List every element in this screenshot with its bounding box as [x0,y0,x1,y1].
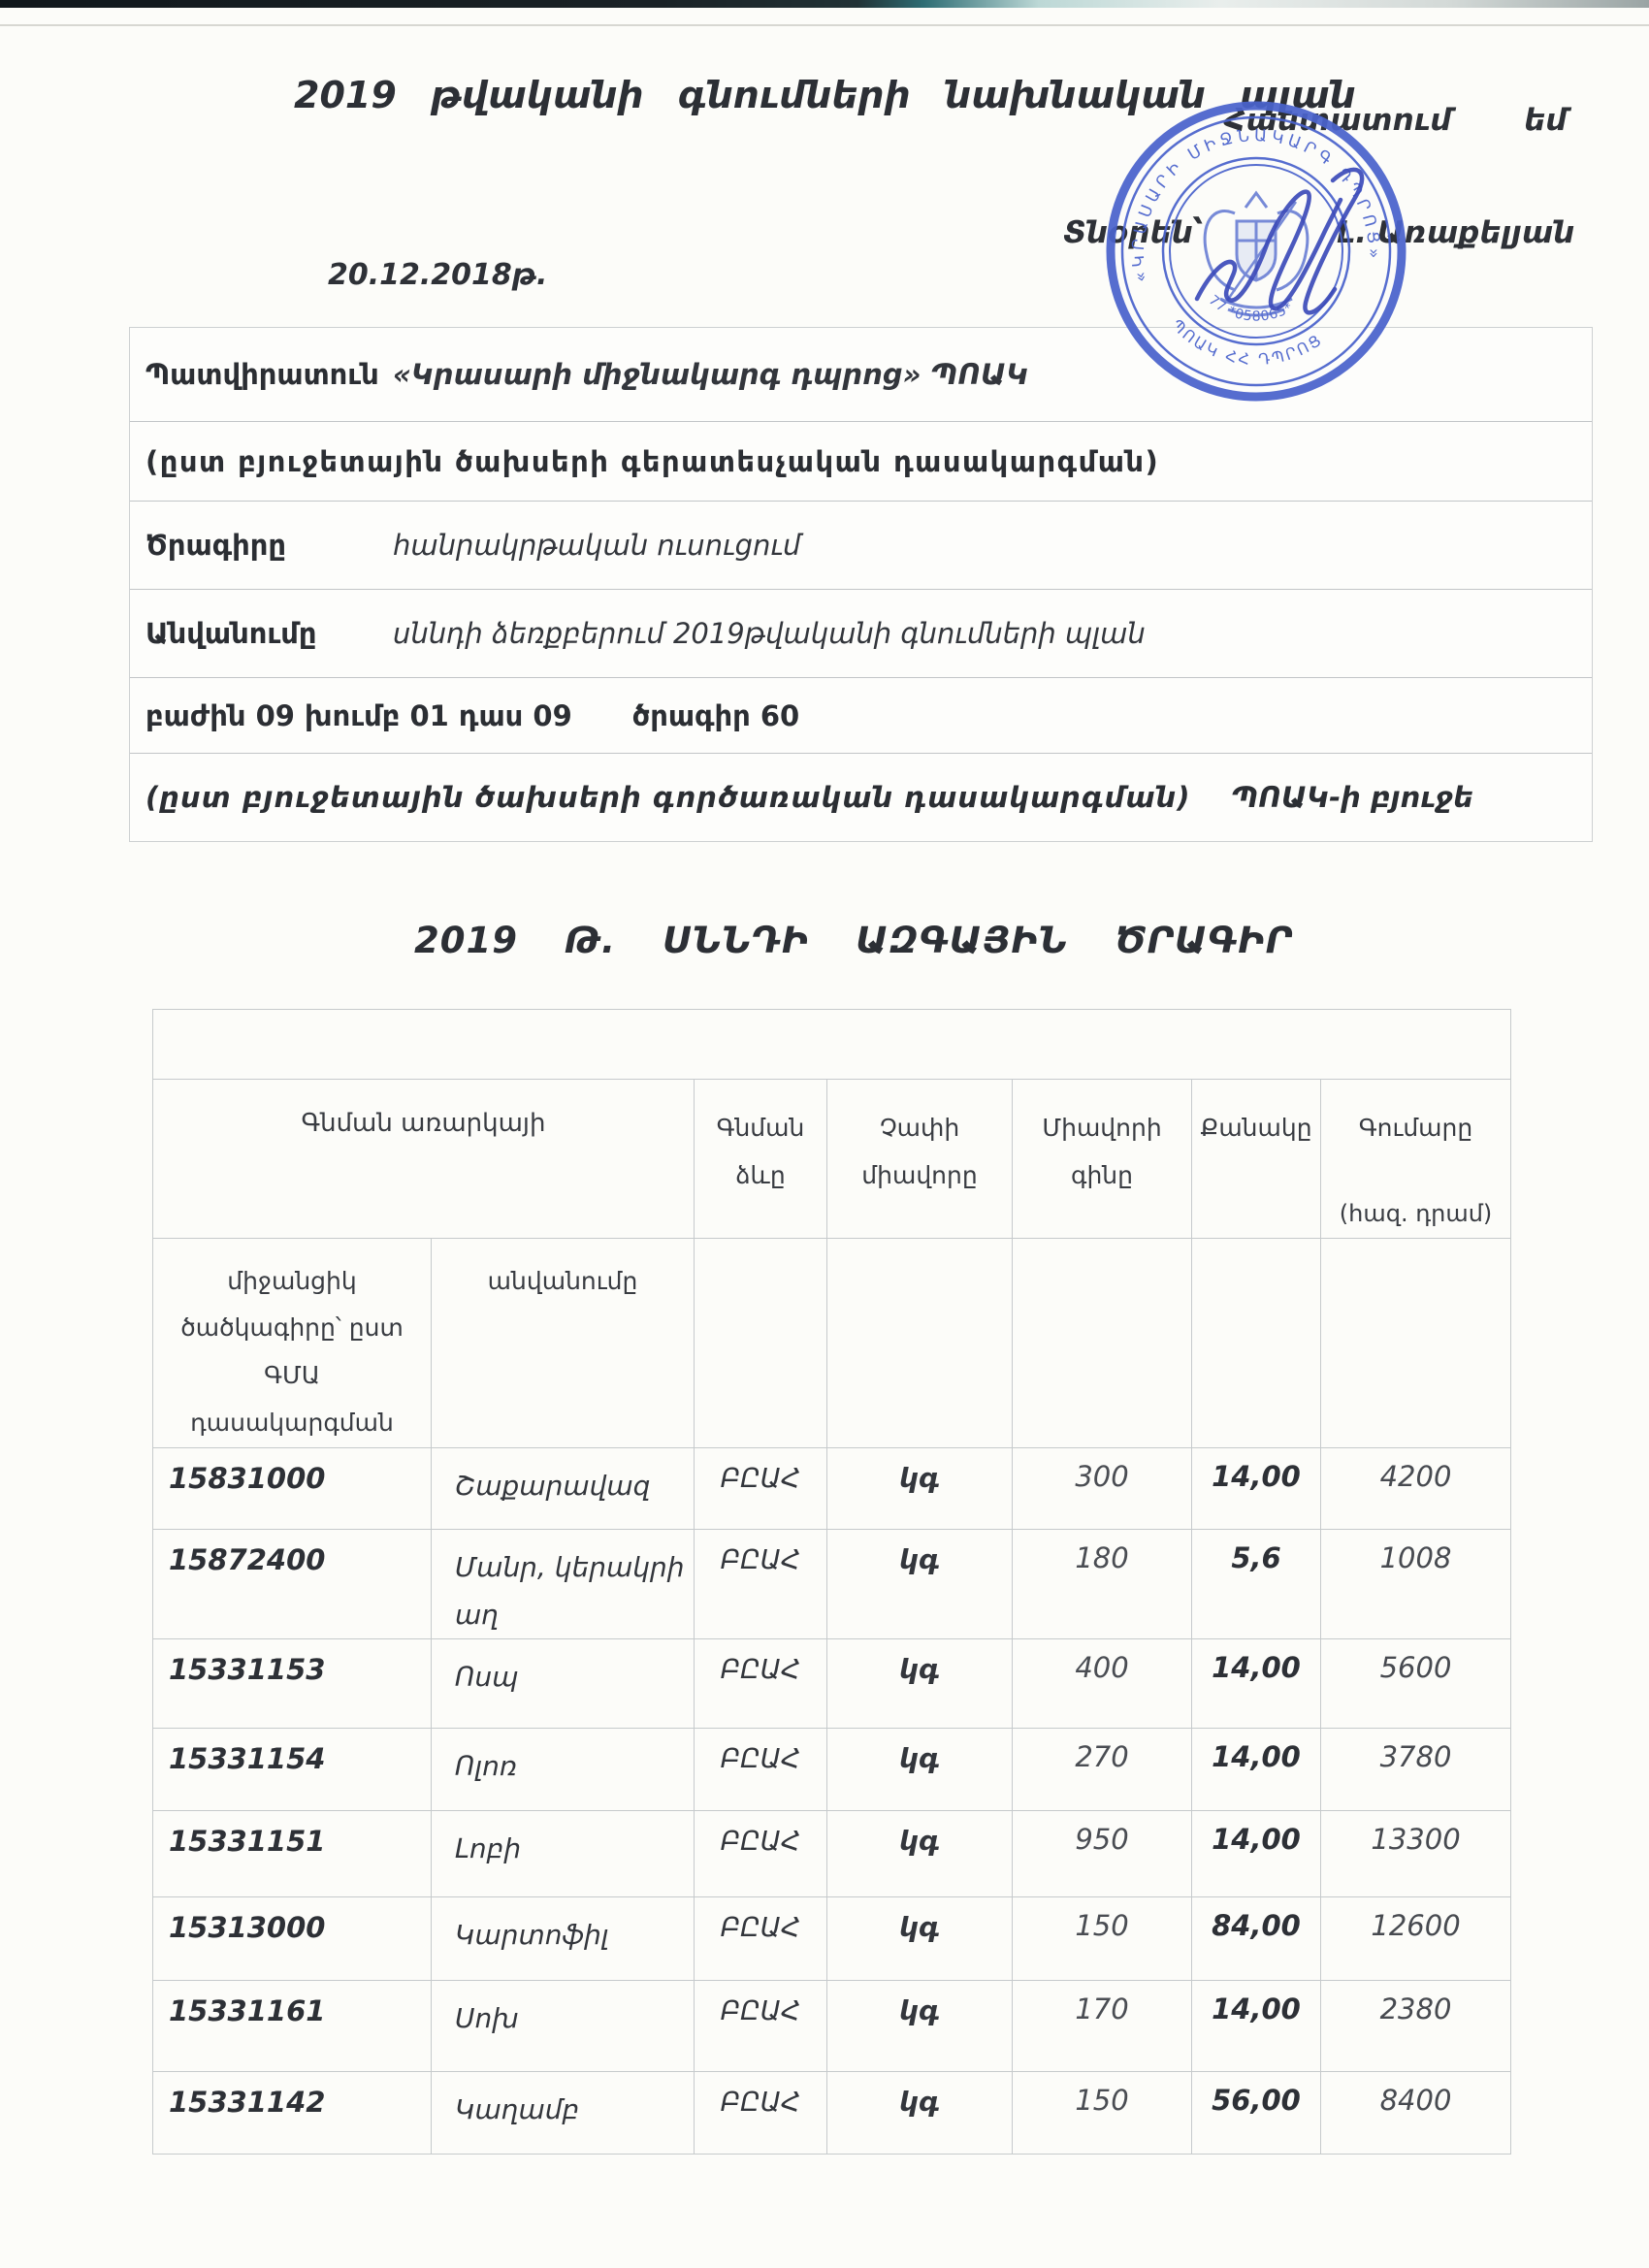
header-qty: Քանակը [1192,1080,1321,1239]
cell-code: 15331154 [153,1728,432,1810]
cell-method: ԲԸԱՀ [695,1638,827,1728]
table-row: 15872400 Մանր, կերակրի աղ ԲԸԱՀ կգ 180 5,… [153,1529,1511,1638]
header-amount-sub: (հազ. դրամ) [1322,1191,1509,1237]
cell-name: Կաղամբ [432,2071,695,2154]
table-header-row: Գնման առարկայի Գնման ձևը Չափի միավորը Մի… [153,1080,1511,1239]
blank-cell [153,1010,1511,1080]
table-subheader-row: միջանցիկ ծածկագիրը՝ ըստ ԳՄԱ դասակարգման … [153,1238,1511,1447]
cell-code: 15872400 [153,1529,432,1638]
subheader-name: անվանումը [432,1238,695,1447]
cell-price: 950 [1013,1810,1192,1896]
cell-unit: կգ [827,1447,1013,1529]
budget-codes-program: ծրագիր 60 [632,699,800,732]
document-page: 2019 թվականի գնումների նախնական պլան Հաս… [0,0,1649,2268]
header-price: Միավորի գինը [1013,1080,1192,1239]
cell-method: ԲԸԱՀ [695,2071,827,2154]
cell-code: 15331151 [153,1810,432,1896]
customer-value: «Կրասարի միջնակարգ դպրոց» ՊՈԱԿ [393,358,1028,391]
cell-qty: 14,00 [1192,1638,1321,1728]
cell-name: Մանր, կերակրի աղ [432,1529,695,1638]
cell-amount: 12600 [1321,1896,1511,1980]
customer-label: Պատվիրատուն [145,358,393,391]
header-method: Գնման ձևը [695,1080,827,1239]
program-value: հանրակրթական ուսուցում [393,529,800,562]
subheader-code: միջանցիկ ծածկագիրը՝ ըստ ԳՄԱ դասակարգման [153,1238,432,1447]
table-row: 15831000 Շաքարավազ ԲԸԱՀ կգ 300 14,00 420… [153,1447,1511,1529]
cell-qty: 5,6 [1192,1529,1321,1638]
cell-unit: կգ [827,1810,1013,1896]
director-signature-icon [1197,170,1362,312]
cell-amount: 5600 [1321,1638,1511,1728]
table-row: 15313000 Կարտոֆիլ ԲԸԱՀ կգ 150 84,00 1260… [153,1896,1511,1980]
cell-price: 300 [1013,1447,1192,1529]
header-amount-label: Գումարը [1359,1114,1472,1142]
info-row-program: Ծրագիրը հանրակրթական ուսուցում [130,502,1592,590]
cell-unit: կգ [827,1638,1013,1728]
table-row: 15331153 Ոսպ ԲԸԱՀ կգ 400 14,00 5600 [153,1638,1511,1728]
scan-fold-line [0,24,1649,26]
procurement-table: Գնման առարկայի Գնման ձևը Չափի միավորը Մի… [152,1009,1511,2155]
cell-qty: 56,00 [1192,2071,1321,2154]
table-row: 15331142 Կաղամբ ԲԸԱՀ կգ 150 56,00 8400 [153,2071,1511,2154]
cell-code: 15831000 [153,1447,432,1529]
cell-name: Կարտոֆիլ [432,1896,695,1980]
info-row-dept-classification: (ըստ բյուջետային ծախսերի գերատեսչական դա… [130,422,1592,502]
section-title: 2019 Թ. ՍՆՆԴԻ ԱԶԳԱՅԻՆ ԾՐԱԳԻՐ [378,920,1329,961]
cell-method: ԲԸԱՀ [695,1896,827,1980]
cell-qty: 14,00 [1192,1447,1321,1529]
cell-method: ԲԸԱՀ [695,1980,827,2071]
official-stamp: «ԿՐԱՍԱՐԻ ՄԻՋՆԱԿԱՐԳ ԴՊՐՈՑ» ՊՈԱԿ ՀՀ ԴՊՐՈՑ … [1104,99,1408,404]
cell-unit: կգ [827,1980,1013,2071]
header-amount: Գումարը (հազ. դրամ) [1321,1080,1511,1239]
table-row: 15331154 Ոլոռ ԲԸԱՀ կգ 270 14,00 3780 [153,1728,1511,1810]
cell-method: ԲԸԱՀ [695,1447,827,1529]
cell-code: 15331161 [153,1980,432,2071]
cell-method: ԲԸԱՀ [695,1810,827,1896]
info-row-func-classification: (ըստ բյուջետային ծախսերի գործառական դասա… [130,754,1592,841]
cell-code: 15313000 [153,1896,432,1980]
cell-price: 180 [1013,1529,1192,1638]
table-blank-band [153,1010,1511,1080]
table-row: 15331161 Սոխ ԲԸԱՀ կգ 170 14,00 2380 [153,1980,1511,2071]
cell-price: 400 [1013,1638,1192,1728]
cell-price: 170 [1013,1980,1192,2071]
cell-method: ԲԸԱՀ [695,1529,827,1638]
cell-unit: կգ [827,1529,1013,1638]
cell-amount: 13300 [1321,1810,1511,1896]
customer-info-box: Պատվիրատուն «Կրասարի միջնակարգ դպրոց» ՊՈ… [129,327,1593,842]
budget-source-value: ՊՈԱԿ-ի բյուջե [1231,781,1472,814]
program-label: Ծրագիրը [145,529,393,562]
cell-name: Շաքարավազ [432,1447,695,1529]
cell-qty: 14,00 [1192,1728,1321,1810]
cell-code: 15331142 [153,2071,432,2154]
cell-amount: 4200 [1321,1447,1511,1529]
info-row-budget-codes: բաժին 09 խումբ 01 դաս 09 ծրագիր 60 [130,678,1592,754]
dept-classification-text: (ըստ բյուջետային ծախսերի գերատեսչական դա… [145,445,1159,478]
header-unit: Չափի միավորը [827,1080,1013,1239]
cell-qty: 14,00 [1192,1810,1321,1896]
cell-name: Սոխ [432,1980,695,2071]
func-classification-text: (ըստ բյուջետային ծախսերի գործառական դասա… [145,781,1190,814]
cell-code: 15331153 [153,1638,432,1728]
cell-price: 270 [1013,1728,1192,1810]
cell-price: 150 [1013,2071,1192,2154]
name-label: Անվանումը [145,617,393,650]
cell-qty: 84,00 [1192,1896,1321,1980]
cell-unit: կգ [827,2071,1013,2154]
cell-unit: կգ [827,1728,1013,1810]
budget-codes-label: բաժին 09 խումբ 01 դաս 09 [145,699,572,732]
cell-amount: 3780 [1321,1728,1511,1810]
cell-method: ԲԸԱՀ [695,1728,827,1810]
cell-name: Ոլոռ [432,1728,695,1810]
header-item: Գնման առարկայի [153,1080,695,1239]
info-row-name: Անվանումը սննդի ձեռքբերում 2019թվականի գ… [130,590,1592,678]
cell-unit: կգ [827,1896,1013,1980]
document-date: 20.12.2018թ. [328,258,547,292]
cell-amount: 2380 [1321,1980,1511,2071]
cell-price: 150 [1013,1896,1192,1980]
cell-amount: 1008 [1321,1529,1511,1638]
cell-name: Ոսպ [432,1638,695,1728]
scan-artifact-bar [0,0,1649,8]
cell-qty: 14,00 [1192,1980,1321,2071]
table-row: 15331151 Լոբի ԲԸԱՀ կգ 950 14,00 13300 [153,1810,1511,1896]
cell-name: Լոբի [432,1810,695,1896]
cell-amount: 8400 [1321,2071,1511,2154]
name-value: սննդի ձեռքբերում 2019թվականի գնումների պ… [393,617,1146,650]
